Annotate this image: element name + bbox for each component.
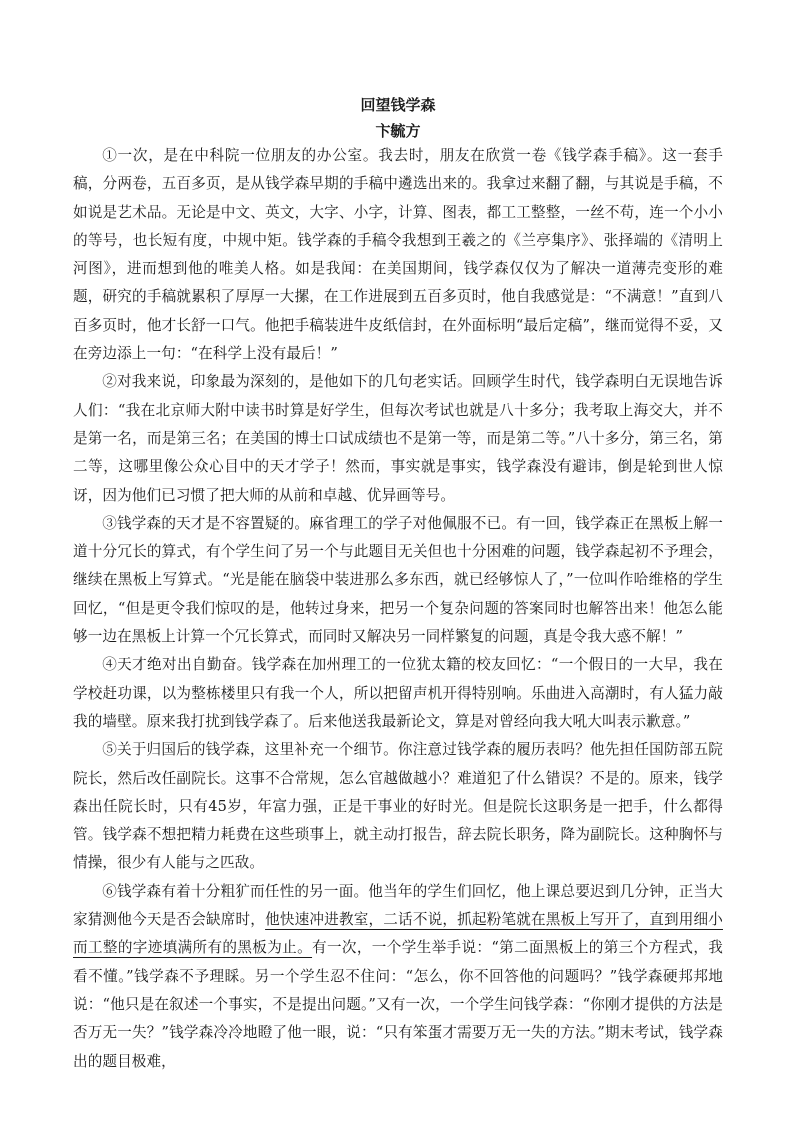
paragraph-text: ⑤关于归国后的钱学森，这里补充一个细节。你注意过钱学森的履历表吗？他先担任国防部…	[73, 741, 723, 871]
paragraph-text: ④天才绝对出自勤奋。钱学森在加州理工的一位犹太籍的校友回忆：“一个假日的一大早，…	[73, 656, 723, 730]
paragraph-5: ⑤关于归国后的钱学森，这里补充一个细节。你注意过钱学森的履历表吗？他先担任国防部…	[73, 736, 723, 877]
paragraph-4: ④天才绝对出自勤奋。钱学森在加州理工的一位犹太籍的校友回忆：“一个假日的一大早，…	[73, 651, 723, 736]
document-page: 回望钱学森 卞毓方 ①一次，是在中科院一位朋友的办公室。我去时，朋友在欣赏一卷《…	[73, 94, 723, 1076]
paragraph-text: ①一次，是在中科院一位朋友的办公室。我去时，朋友在欣赏一卷《钱学森手稿》。这一套…	[73, 147, 723, 362]
paragraph-text: ②对我来说，印象最为深刻的，是他如下的几句老实话。回顾学生时代，钱学森明白无误地…	[73, 373, 723, 503]
article-title: 回望钱学森	[73, 94, 723, 116]
paragraph-text: 有一次，一个学生举手说：“第二面黑板上的第三个方程式，我看不懂。”钱学森不予理睬…	[73, 939, 723, 1069]
paragraph-3: ③钱学森的天才是不容置疑的。麻省理工的学子对他佩服不已。有一回，钱学森正在黑板上…	[73, 510, 723, 651]
article-author: 卞毓方	[73, 120, 723, 142]
paragraph-2: ②对我来说，印象最为深刻的，是他如下的几句老实话。回顾学生时代，钱学森明白无误地…	[73, 368, 723, 509]
paragraph-6: ⑥钱学森有着十分粗犷而任性的另一面。他当年的学生们回忆，他上课总要迟到几分钟，正…	[73, 878, 723, 1076]
paragraph-1: ①一次，是在中科院一位朋友的办公室。我去时，朋友在欣赏一卷《钱学森手稿》。这一套…	[73, 142, 723, 368]
paragraph-text: ③钱学森的天才是不容置疑的。麻省理工的学子对他佩服不已。有一回，钱学森正在黑板上…	[73, 515, 723, 645]
